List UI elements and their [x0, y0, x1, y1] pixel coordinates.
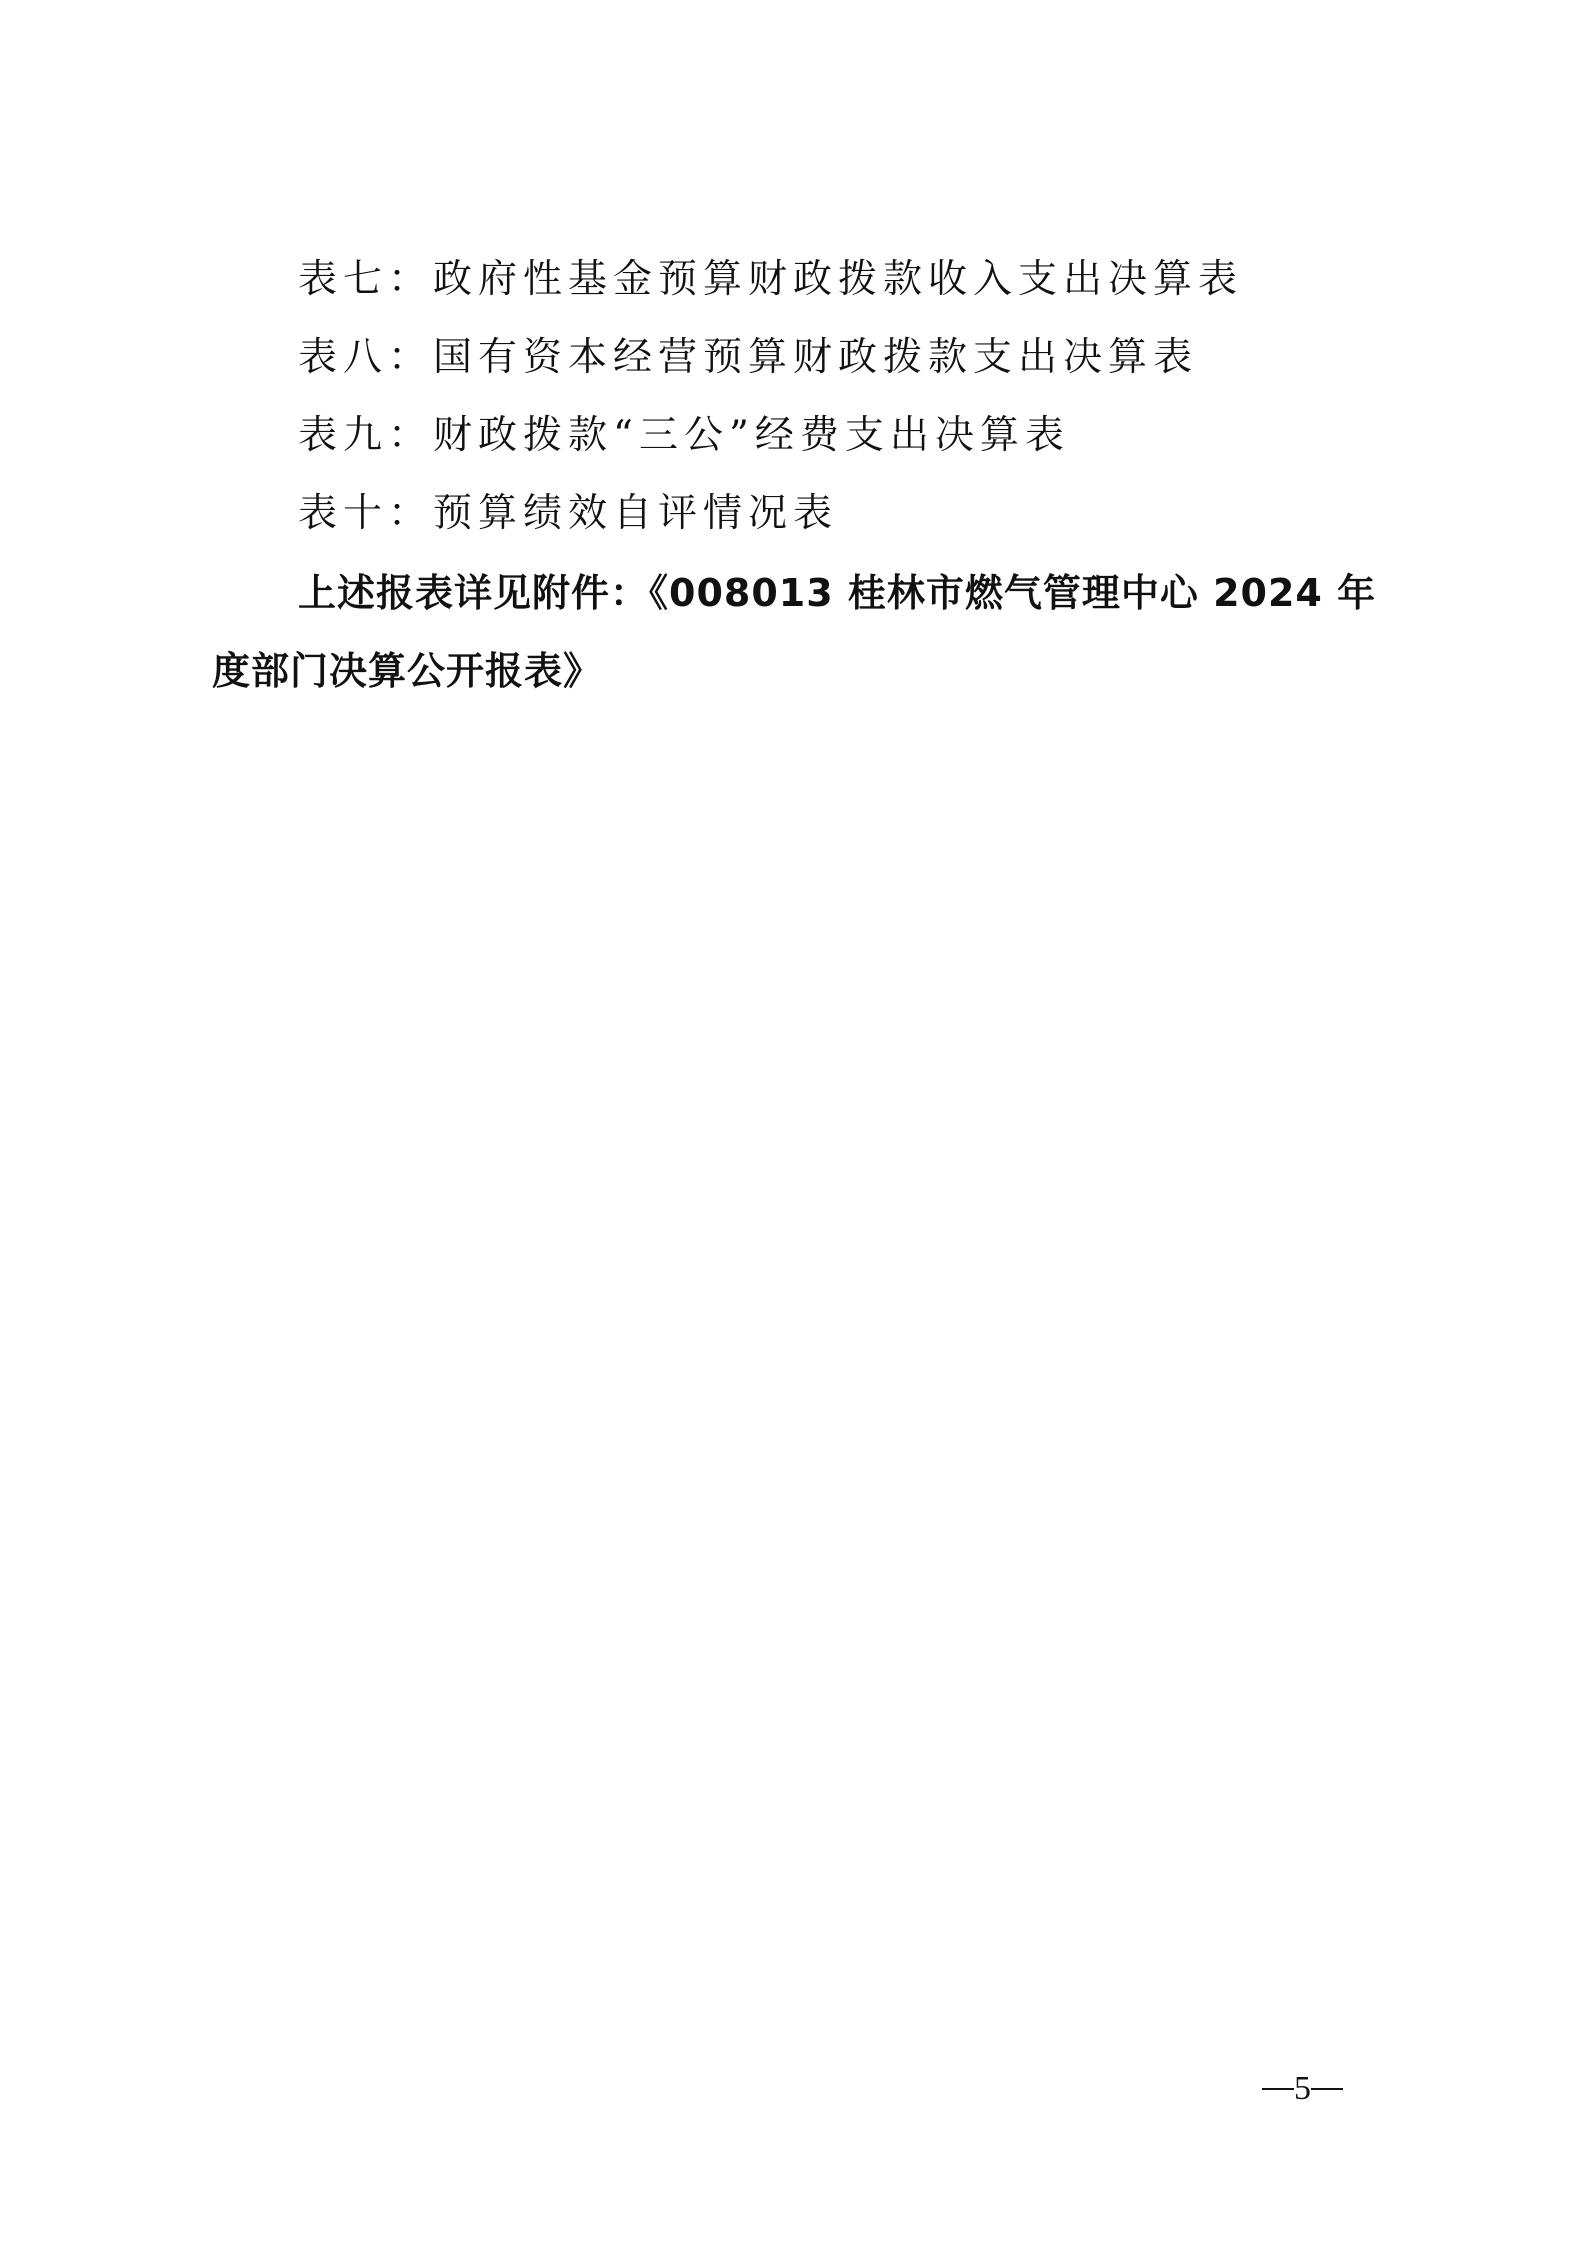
item-label: 表七： [298, 257, 433, 302]
page-number-value: 5 [1294, 2070, 1311, 2108]
document-page: 表七：政府性基金预算财政拨款收入支出决算表 表八：国有资本经营预算财政拨款支出决… [0, 0, 1587, 2245]
list-item-table-7: 表七：政府性基金预算财政拨款收入支出决算表 [298, 248, 1243, 304]
page-number: 5 [1262, 2070, 1343, 2108]
item-text: 国有资本经营预算财政拨款支出决算表 [433, 335, 1198, 380]
list-item-table-9: 表九：财政拨款“三公”经费支出决算表 [298, 404, 1070, 460]
list-item-table-10: 表十：预算绩效自评情况表 [298, 482, 838, 538]
list-item-table-8: 表八：国有资本经营预算财政拨款支出决算表 [298, 326, 1198, 382]
item-label: 表八： [298, 335, 433, 380]
item-text: 政府性基金预算财政拨款收入支出决算表 [433, 257, 1243, 302]
item-label: 表九： [298, 413, 433, 458]
item-text: 财政拨款“三公”经费支出决算表 [433, 413, 1070, 458]
attachment-note-line-1: 上述报表详见附件：《008013 桂林市燃气管理中心 2024 年 [298, 562, 1376, 617]
dash-right [1311, 2088, 1343, 2090]
item-label: 表十： [298, 491, 433, 536]
attachment-note-line-2: 度部门决算公开报表》 [212, 640, 602, 695]
dash-left [1262, 2088, 1294, 2090]
item-text: 预算绩效自评情况表 [433, 491, 838, 536]
